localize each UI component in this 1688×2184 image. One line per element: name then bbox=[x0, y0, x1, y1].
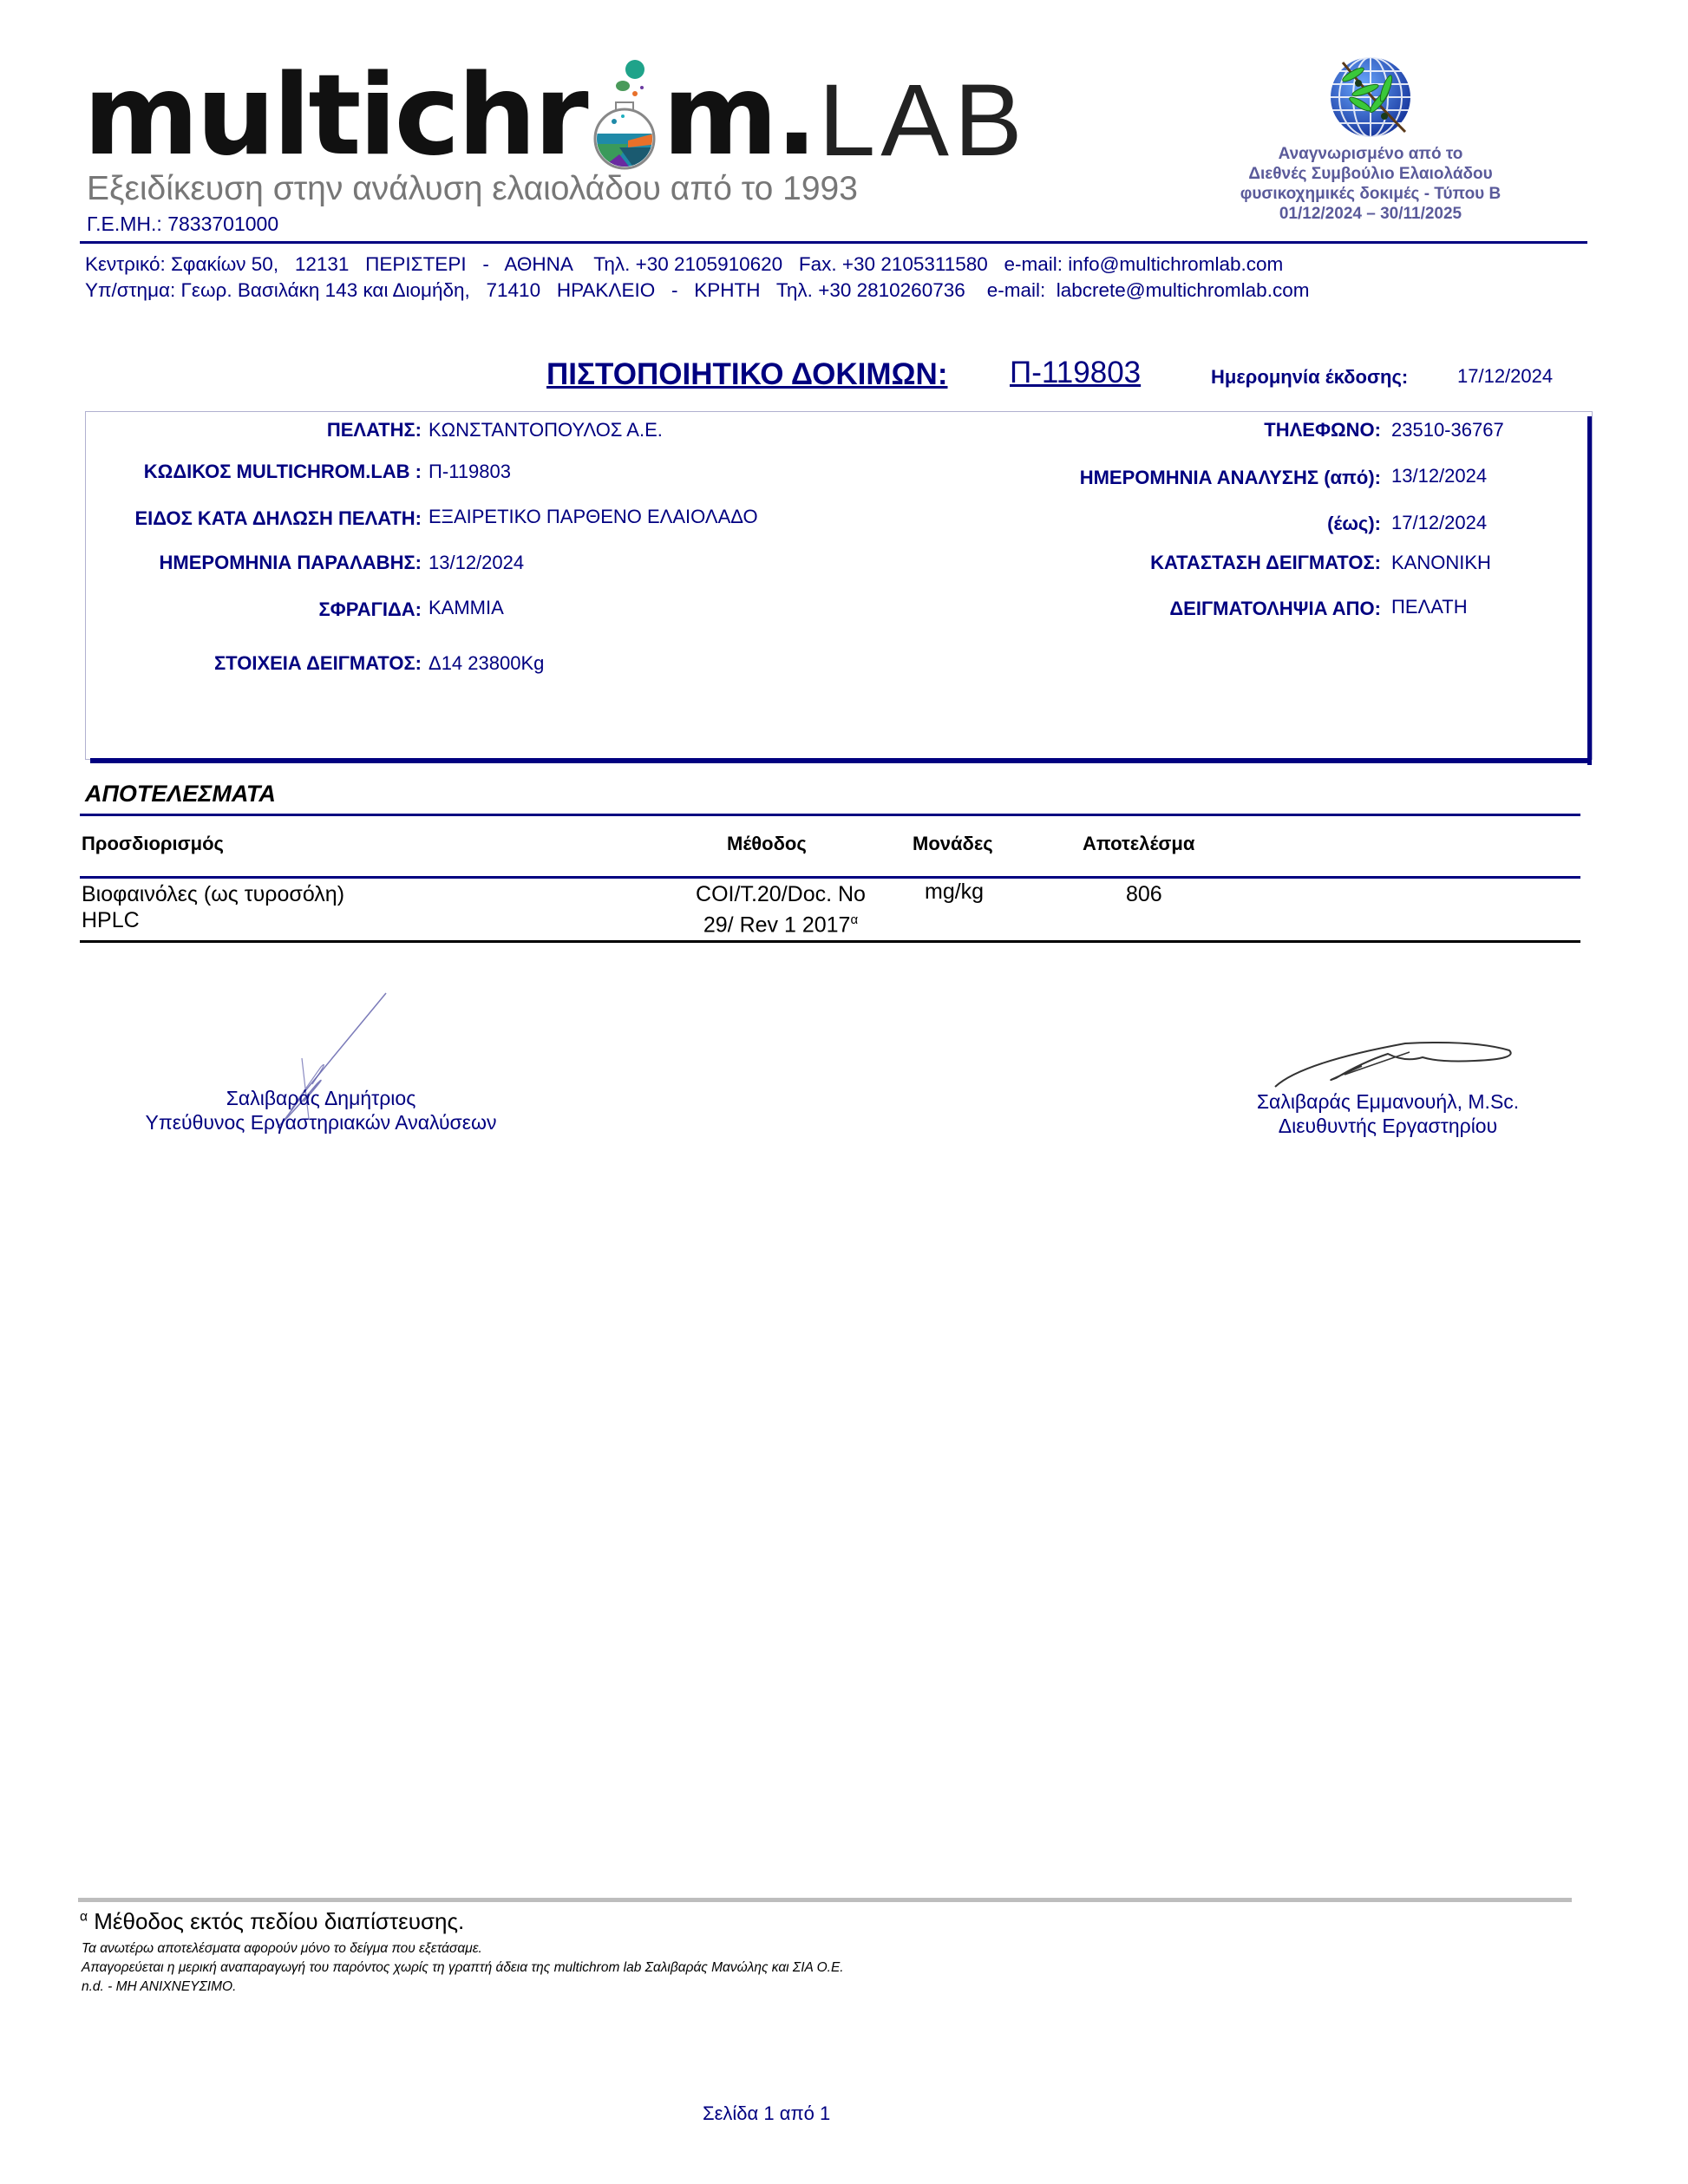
table-row-units: mg/kg bbox=[925, 879, 984, 905]
signatory-2: Σαλιβαράς Εμμανουήλ, M.Sc. Διευθυντής Ερ… bbox=[1214, 1089, 1561, 1138]
logo-text-main: multichr bbox=[83, 61, 586, 172]
method-footnote-mark: α bbox=[850, 912, 858, 927]
product-type-label: ΕΙΔΟΣ ΚΑΤΑ ΔΗΛΩΣΗ ΠΕΛΑΤΗ: bbox=[134, 507, 422, 530]
seal-label: ΣΦΡΑΓΙΔΑ: bbox=[318, 598, 422, 621]
table-row-method: COI/T.20/Doc. No 29/ Rev 1 2017α bbox=[642, 881, 919, 938]
client-label: ΠΕΛΑΤΗΣ: bbox=[327, 419, 422, 441]
sampling-by-value: ΠΕΛΑΤΗ bbox=[1391, 596, 1468, 618]
analysis-from-value: 13/12/2024 bbox=[1391, 465, 1487, 487]
column-header-determination: Προσδιορισμός bbox=[82, 833, 224, 855]
client-value: ΚΩΝΣΤΑΝΤΟΠΟΥΛΟΣ Α.Ε. bbox=[429, 419, 663, 441]
flask-icon bbox=[585, 57, 664, 172]
certificate-number: Π-119803 bbox=[1010, 356, 1141, 390]
results-divider bbox=[80, 814, 1580, 816]
table-row-determination: Βιοφαινόλες (ως τυροσόλη) HPLC bbox=[82, 881, 344, 933]
signatory-role: Υπεύθυνος Εργαστηριακών Αναλύσεων bbox=[104, 1110, 538, 1135]
phone-value: 23510-36767 bbox=[1391, 419, 1504, 441]
footnote-mark: α bbox=[80, 1909, 88, 1924]
analysis-to-label: (έως): bbox=[1327, 513, 1381, 535]
branch-office-address: Υπ/στημα: Γεωρ. Βασιλάκη 143 και Διομήδη… bbox=[85, 279, 1309, 302]
receipt-date-label: ΗΜΕΡΟΜΗΝΙΑ ΠΑΡΑΛΑΒΗΣ: bbox=[160, 552, 422, 574]
determination-name: Βιοφαινόλες (ως τυροσόλη) bbox=[82, 881, 344, 907]
signatory-name: Σαλιβαράς Εμμανουήλ, M.Sc. bbox=[1214, 1089, 1561, 1114]
lab-code-label: ΚΩΔΙΚΟΣ MULTICHROM.LAB : bbox=[144, 461, 422, 483]
company-logo: multichr m. LAB bbox=[83, 50, 1028, 172]
footnote-text: Μέθοδος εκτός πεδίου διαπίστευσης. bbox=[94, 1908, 464, 1934]
table-row-result: 806 bbox=[1126, 881, 1162, 907]
determination-technique: HPLC bbox=[82, 907, 344, 933]
signatory-role: Διευθυντής Εργαστηρίου bbox=[1214, 1114, 1561, 1138]
lab-code-value: Π-119803 bbox=[429, 461, 511, 483]
company-tagline: Εξειδίκευση στην ανάλυση ελαιολάδου από … bbox=[87, 170, 858, 208]
box-shadow bbox=[90, 758, 1592, 763]
accreditation-line: Αναγνωρισμένο από το bbox=[1197, 144, 1544, 164]
receipt-date-value: 13/12/2024 bbox=[429, 552, 524, 574]
sample-condition-label: ΚΑΤΑΣΤΑΣΗ ΔΕΙΓΜΑΤΟΣ: bbox=[1150, 552, 1381, 574]
table-bottom-rule bbox=[80, 940, 1580, 943]
sample-details-value: Δ14 23800Kg bbox=[429, 652, 544, 675]
signatory-1: Σαλιβαράς Δημήτριος Υπεύθυνος Εργαστηρια… bbox=[104, 1086, 538, 1135]
disclaimer-line: n.d. - ΜΗ ΑΝΙΧΝΕΥΣΙΜΟ. bbox=[82, 1979, 236, 1995]
product-type-value: ΕΞΑΙΡΕΤΙΚΟ ΠΑΡΘΕΝΟ ΕΛΑΙΟΛΑΔΟ bbox=[429, 506, 758, 528]
analysis-from-label: ΗΜΕΡΟΜΗΝΙΑ ΑΝΑΛΥΣΗΣ (από): bbox=[1080, 467, 1381, 489]
footer-divider bbox=[78, 1898, 1572, 1902]
header-divider bbox=[80, 876, 1580, 879]
sampling-by-label: ΔΕΙΓΜΑΤΟΛΗΨΙΑ ΑΠΟ: bbox=[1169, 598, 1381, 620]
olive-branch-globe-icon bbox=[1327, 54, 1414, 141]
issue-date-label: Ημερομηνία έκδοσης: bbox=[1211, 366, 1408, 389]
sample-details-label: ΣΤΟΙΧΕΙΑ ΔΕΙΓΜΑΤΟΣ: bbox=[214, 652, 422, 675]
page-number: Σελίδα 1 από 1 bbox=[703, 2102, 830, 2125]
box-shadow bbox=[1587, 416, 1592, 765]
logo-text-lab: LAB bbox=[819, 69, 1028, 172]
column-header-method: Μέθοδος bbox=[727, 833, 807, 855]
seal-value: ΚΑΜΜΙΑ bbox=[429, 597, 504, 619]
accreditation-text: Αναγνωρισμένο από το Διεθνές Συμβούλιο Ε… bbox=[1197, 144, 1544, 224]
header-divider bbox=[80, 241, 1587, 244]
method-line: 29/ Rev 1 2017 bbox=[703, 912, 851, 937]
footnote-accreditation: α Μέθοδος εκτός πεδίου διαπίστευσης. bbox=[80, 1908, 464, 1935]
method-line: COI/T.20/Doc. No bbox=[642, 881, 919, 907]
disclaimer-line: Τα ανωτέρω αποτελέσματα αφορούν μόνο το … bbox=[82, 1941, 482, 1957]
results-title: ΑΠΟΤΕΛΕΣΜΑΤΑ bbox=[85, 781, 276, 808]
disclaimer-line: Απαγορεύεται η μερική αναπαραγωγή του πα… bbox=[82, 1960, 844, 1976]
phone-label: ΤΗΛΕΦΩΝΟ: bbox=[1264, 419, 1381, 441]
certificate-title: ΠΙΣΤΟΠΟΙΗΤΙΚΟ ΔΟΚΙΜΩΝ: bbox=[546, 357, 948, 392]
logo-text-tail: m. bbox=[663, 61, 815, 172]
sample-condition-value: ΚΑΝΟΝΙΚΗ bbox=[1391, 552, 1491, 574]
accreditation-line: φυσικοχημικές δοκιμές - Τύπου Β bbox=[1197, 184, 1544, 204]
accreditation-line: Διεθνές Συμβούλιο Ελαιολάδου bbox=[1197, 164, 1544, 184]
column-header-units: Μονάδες bbox=[913, 833, 993, 855]
main-office-address: Κεντρικό: Σφακίων 50, 12131 ΠΕΡΙΣΤΕΡΙ - … bbox=[85, 253, 1283, 276]
column-header-result: Αποτελέσμα bbox=[1083, 833, 1194, 855]
accreditation-period: 01/12/2024 – 30/11/2025 bbox=[1197, 204, 1544, 224]
company-registry-number: Γ.Ε.ΜΗ.: 7833701000 bbox=[87, 213, 278, 236]
issue-date-value: 17/12/2024 bbox=[1457, 365, 1553, 388]
signatory-name: Σαλιβαράς Δημήτριος bbox=[104, 1086, 538, 1110]
analysis-to-value: 17/12/2024 bbox=[1391, 512, 1487, 534]
